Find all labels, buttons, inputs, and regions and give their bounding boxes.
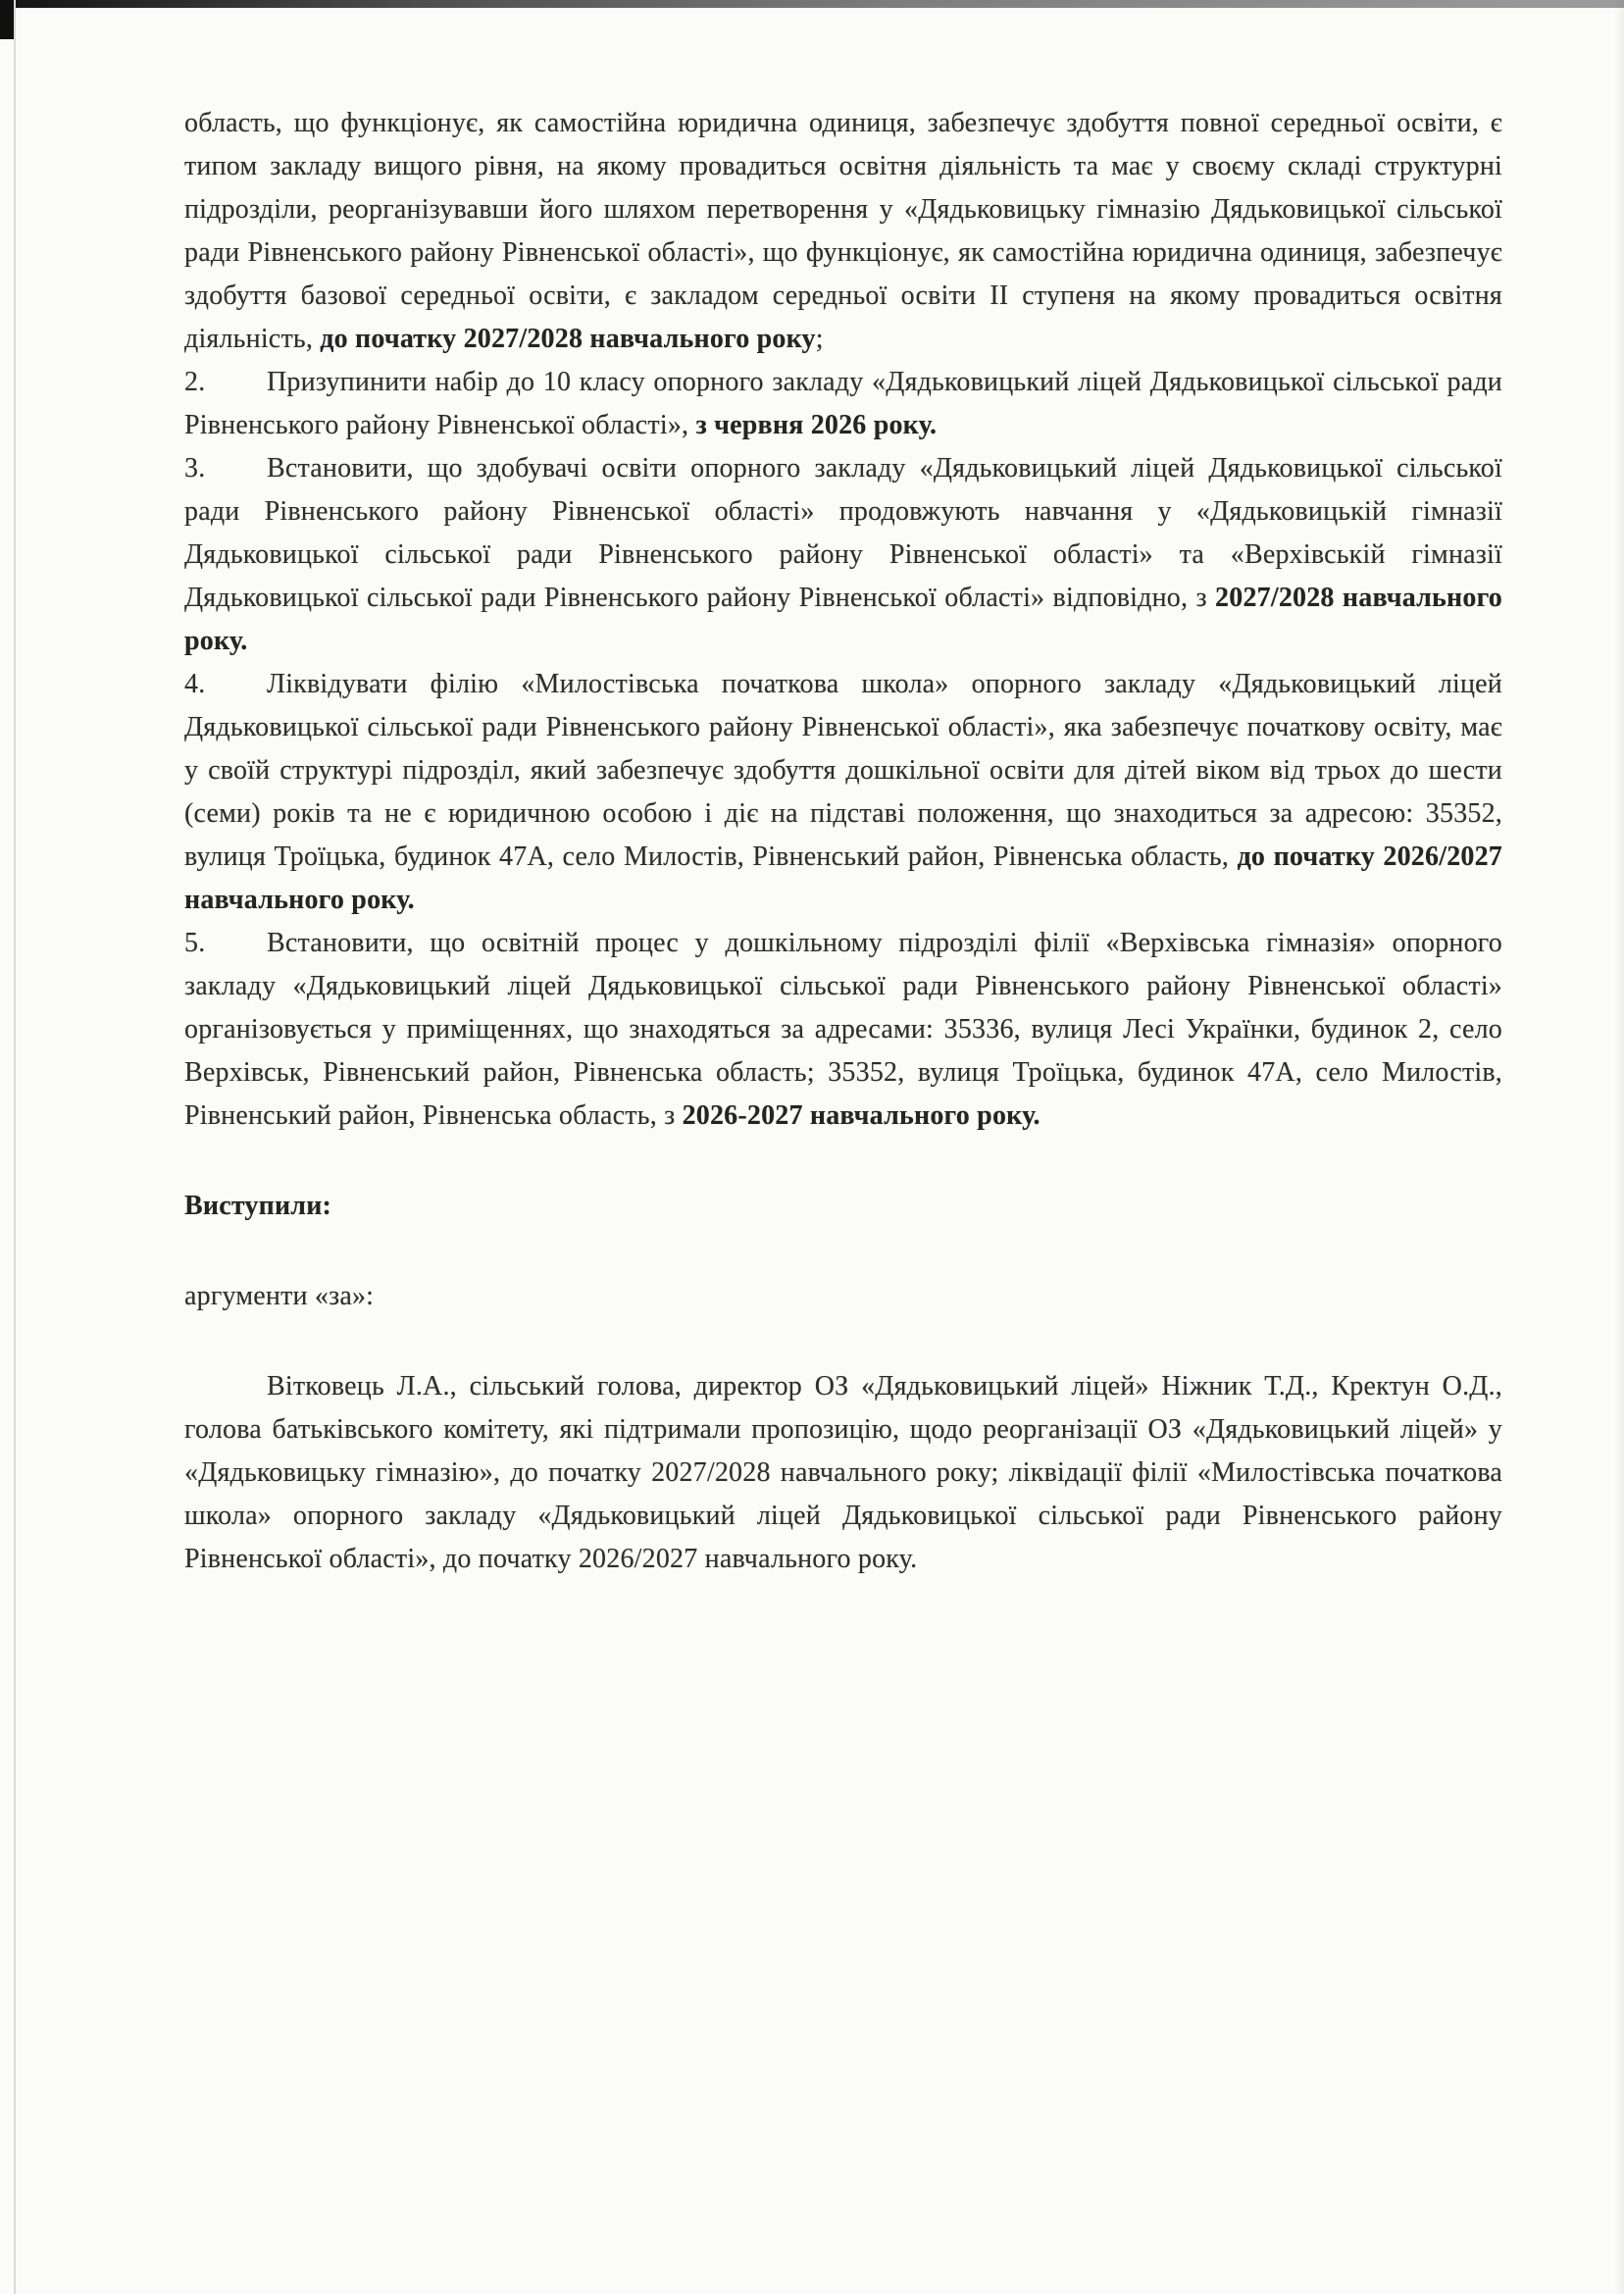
decree-item-5: 5.Встановити, що освітній процес у дошкі… (184, 922, 1502, 1138)
decree-item-3-text: Встановити, що здобувачі освіти опорного… (184, 453, 1502, 656)
decree-item-2: 2.Призупинити набір до 10 класу опорного… (184, 361, 1502, 447)
item-number-2: 2. (184, 361, 267, 404)
decree-item-5-text: Встановити, що освітній процес у дошкіль… (184, 928, 1502, 1131)
speakers-heading: Виступили: (184, 1185, 1502, 1228)
scanned-document: { "colors": { "paper": "#fbfbf8", "ink":… (0, 0, 1624, 2294)
decree-item-4-text: Ліквідувати філію «Милостівська початков… (184, 669, 1502, 915)
speakers-statement: Вітковець Л.А., сільський голова, директ… (184, 1365, 1502, 1581)
decree-item-1-continuation: область, що функціонує, як самостійна юр… (184, 102, 1502, 361)
decree-item-3: 3.Встановити, що здобувачі освіти опорно… (184, 447, 1502, 663)
scan-left-edge-line (14, 0, 16, 2294)
document-page: область, що функціонує, як самостійна юр… (184, 102, 1502, 1581)
item-number-4: 4. (184, 663, 267, 706)
decree-item-2-text: Призупинити набір до 10 класу опорного з… (184, 367, 1502, 440)
scan-right-edge-shade (1614, 0, 1624, 2294)
item-number-3: 3. (184, 447, 267, 490)
item-number-5: 5. (184, 922, 267, 965)
arguments-for-label: аргументи «за»: (184, 1275, 1502, 1318)
scan-edge-top (0, 0, 1624, 8)
decree-item-4: 4.Ліквідувати філію «Милостівська початк… (184, 663, 1502, 922)
